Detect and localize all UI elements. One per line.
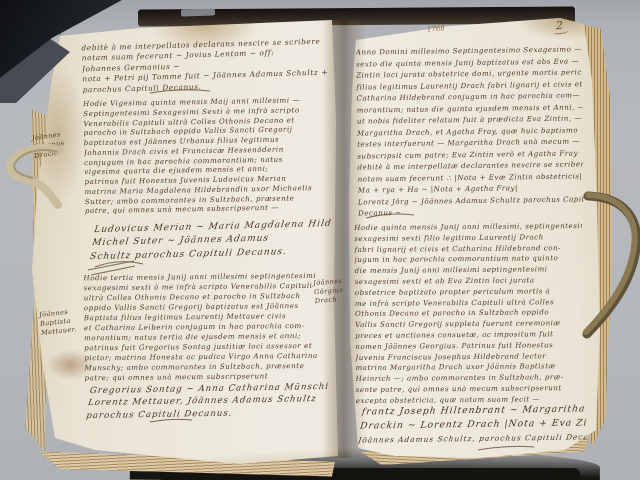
left-page-opening-block: debitè à me interpellatos declarans nesc… — [81, 37, 328, 96]
manuscript-line: nomen Jöännes Georgius. Patrinus fuit Ho… — [355, 340, 583, 353]
right-page-entry-1-body: Anno Domini millesimo Septingentesimo Se… — [356, 43, 584, 219]
photo-scene: 2, debitè à me interpellatos declarans n… — [0, 0, 640, 480]
metal-clip-glint — [181, 8, 215, 16]
manuscript-line: sente patre, qui omnes unà mecum subscri… — [356, 383, 584, 396]
right-page-entry-2-signatures: frantz Joseph Hiltenbrant ~ MargarithaDr… — [357, 402, 590, 447]
manuscript-line: Hodie quinta mensis Junij anni millesimi… — [354, 221, 582, 234]
left-page-entry-2-body: Hodie tertia mensis Junij anni millesimi… — [83, 271, 330, 384]
page-number: 2 — [556, 19, 569, 35]
margin-note-joannes-urbanus-drach: JöännesUrbanusDrach. — [31, 130, 66, 161]
left-page-entry-1-body: Hodie Vigesima quinta mensis Maij anni m… — [83, 95, 331, 216]
margin-note-joannes-baptista-mettauer: JöännesBaptistaMettauer. — [39, 307, 78, 337]
left-page-entry-2-signatures: Gregorius Sontag ~ Anna Catharina Münsch… — [85, 381, 330, 422]
left-page-entry-1-signatures: Ludovicus Merian ~ Maria Magdalena Hildi… — [89, 218, 333, 265]
right-page-entry-2-body: Hodie quinta mensis Junij anni millesimi… — [354, 221, 584, 407]
year-annotation: 1768 — [427, 24, 445, 33]
margin-note-joannes-georgius-drach: JöännesGörgiusDrach. — [313, 277, 344, 306]
